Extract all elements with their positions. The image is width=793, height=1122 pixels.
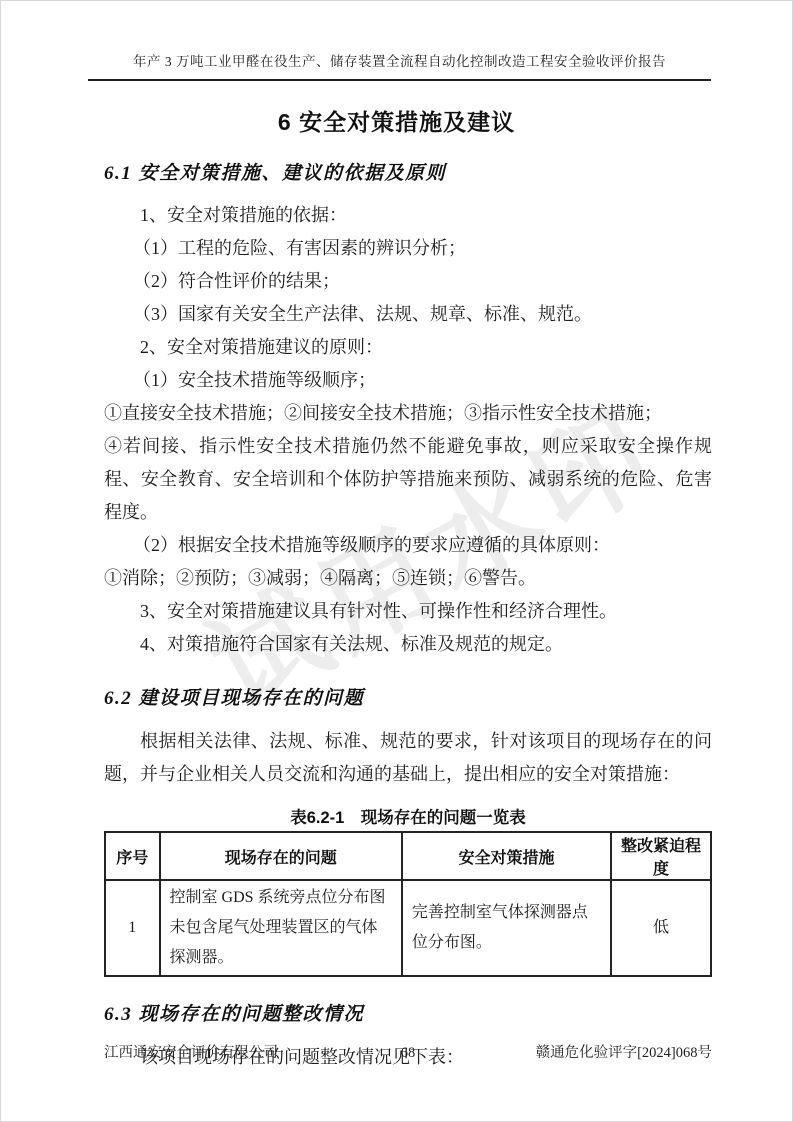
paragraph: （1）安全技术措施等级顺序； (104, 364, 712, 397)
cell-measure: 完善控制室气体探测器点位分布图。 (402, 880, 611, 976)
paragraph: 4、对策措施符合国家有关法规、标准及规范的规定。 (104, 628, 712, 661)
page-content: 6.1 安全对策措施、建议的依据及原则 1、安全对策措施的依据： （1）工程的危… (0, 158, 793, 1074)
section-heading-6-1: 6.1 安全对策措施、建议的依据及原则 (104, 158, 712, 185)
footer-doc-number: 赣通危化验评字[2024]068号 (415, 1041, 712, 1062)
page-footer: 江西通安安全评价有限公司 68 赣通危化验评字[2024]068号 (104, 1041, 712, 1062)
paragraph: （2）根据安全技术措施等级顺序的要求应遵循的具体原则： (104, 529, 712, 562)
paragraph: （1）工程的危险、有害因素的辨识分析； (104, 232, 712, 265)
footer-page-number: 68 (401, 1045, 416, 1062)
table-row: 1 控制室 GDS 系统旁点位分布图未包含尾气处理装置区的气体探测器。 完善控制… (105, 880, 711, 976)
column-header-problem: 现场存在的问题 (160, 832, 402, 880)
paragraph: ①消除；②预防；③减弱；④隔离；⑤连锁；⑥警告。 (104, 562, 712, 595)
paragraph: 1、安全对策措施的依据： (104, 199, 712, 232)
table-header-row: 序号 现场存在的问题 安全对策措施 整改紧迫程度 (105, 832, 711, 880)
footer-company: 江西通安安全评价有限公司 (104, 1041, 401, 1062)
report-page: 试用水印 年产 3 万吨工业甲醛在役生产、储存装置全流程自动化控制改造工程安全验… (0, 0, 793, 1122)
paragraph: 3、安全对策措施建议具有针对性、可操作性和经济合理性。 (104, 595, 712, 628)
section-heading-6-3: 6.3 现场存在的问题整改情况 (104, 999, 712, 1026)
chapter-title: 6 安全对策措施及建议 (0, 104, 793, 137)
cell-problem: 控制室 GDS 系统旁点位分布图未包含尾气处理装置区的气体探测器。 (160, 880, 402, 976)
column-header-urgency: 整改紧迫程度 (611, 832, 711, 880)
column-header-no: 序号 (105, 832, 160, 880)
section-heading-6-2: 6.2 建设项目现场存在的问题 (104, 683, 712, 710)
paragraph: （3）国家有关安全生产法律、法规、规章、标准、规范。 (104, 298, 712, 331)
paragraph: （2）符合性评价的结果； (104, 265, 712, 298)
paragraph: 根据相关法律、法规、标准、规范的要求，针对该项目的现场存在的问题，并与企业相关人… (104, 725, 712, 791)
cell-urgency: 低 (611, 880, 711, 976)
cell-no: 1 (105, 880, 160, 976)
problems-table: 序号 现场存在的问题 安全对策措施 整改紧迫程度 1 控制室 GDS 系统旁点位… (104, 831, 712, 977)
page-header-running-title: 年产 3 万吨工业甲醛在役生产、储存装置全流程自动化控制改造工程安全验收评价报告 (88, 50, 711, 81)
column-header-measure: 安全对策措施 (402, 832, 611, 880)
paragraph: 2、安全对策措施建议的原则： (104, 331, 712, 364)
paragraph: ①直接安全技术措施；②间接安全技术措施；③指示性安全技术措施； (104, 397, 712, 430)
paragraph: ④若间接、指示性安全技术措施仍然不能避免事故，则应采取安全操作规程、安全教育、安… (104, 430, 712, 529)
table-caption: 表6.2-1 现场存在的问题一览表 (104, 804, 712, 828)
